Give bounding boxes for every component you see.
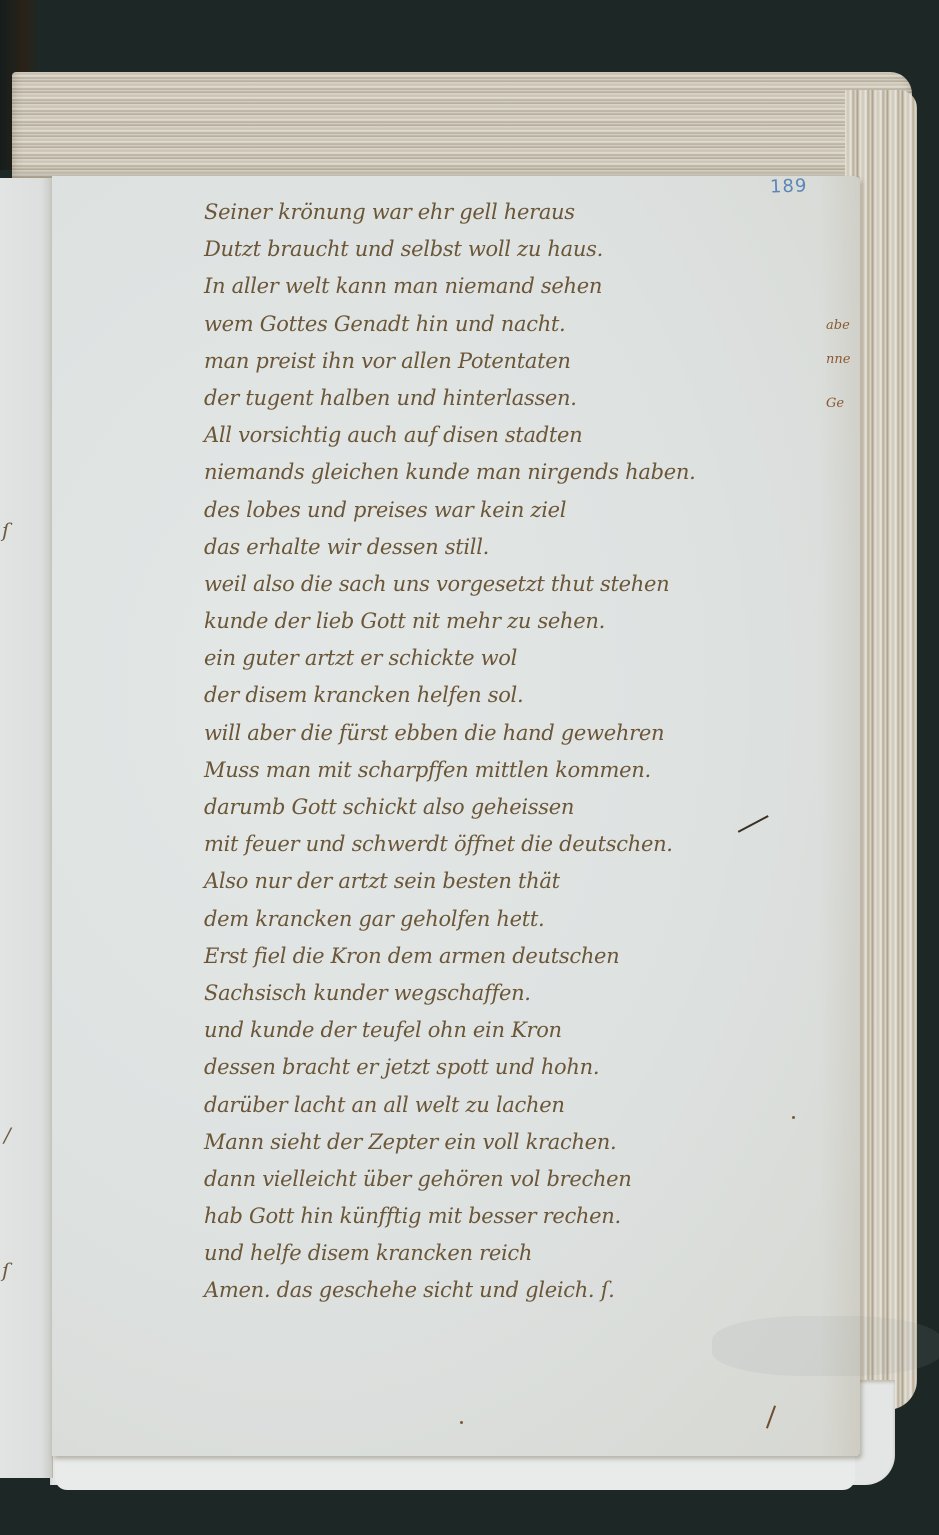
text-line: dann vielleicht über gehören vol brechen — [204, 1161, 804, 1198]
text-line: niemands gleichen kunde man nirgends hab… — [204, 454, 804, 491]
manuscript-page: 189 Seiner krönung war ehr gell heraus D… — [52, 176, 860, 1456]
text-line: dessen bracht er jetzt spott und hohn. — [204, 1049, 804, 1086]
text-line: All vorsichtig auch auf disen stadten — [204, 417, 804, 454]
text-line: des lobes und preises war kein ziel — [204, 492, 804, 529]
text-line: Muss man mit scharpffen mittlen kommen. — [204, 752, 804, 789]
text-line: will aber die fürst ebben die hand geweh… — [204, 715, 804, 752]
text-line: wem Gottes Genadt hin und nacht. — [204, 306, 804, 343]
text-line: und kunde der teufel ohn ein Kron — [204, 1012, 804, 1049]
facing-page-mark: ſ — [2, 1258, 9, 1282]
margin-note: nne — [826, 352, 850, 367]
text-line: dem krancken gar geholfen hett. — [204, 901, 804, 938]
text-line: darumb Gott schickt also geheissen — [204, 789, 804, 826]
text-line: und helfe disem krancken reich — [204, 1235, 804, 1272]
facing-page-mark: / — [4, 1123, 11, 1147]
facing-page-mark: ſ — [2, 518, 9, 542]
text-line: Amen. das geschehe sicht und gleich. ſ. — [204, 1272, 804, 1309]
facing-page-left: ſ / ſ — [0, 178, 53, 1478]
page-stack-top-edge — [12, 72, 912, 182]
text-line: Seiner krönung war ehr gell heraus — [204, 194, 804, 231]
text-line: hab Gott hin künfftig mit besser rechen. — [204, 1198, 804, 1235]
ink-speck — [792, 1116, 795, 1119]
text-line: Mann sieht der Zepter ein voll krachen. — [204, 1124, 804, 1161]
text-line: In aller welt kann man niemand sehen — [204, 268, 804, 305]
text-line: Also nur der artzt sein besten thät — [204, 863, 804, 900]
manuscript-scan: ſ / ſ 189 Seiner krönung war ehr gell he… — [0, 0, 939, 1535]
handwritten-text-block: Seiner krönung war ehr gell heraus Dutzt… — [204, 194, 804, 1310]
margin-note: Ge — [826, 396, 844, 411]
text-line: der tugent halben und hinterlassen. — [204, 380, 804, 417]
text-line: darüber lacht an all welt zu lachen — [204, 1087, 804, 1124]
text-line: der disem krancken helfen sol. — [204, 677, 804, 714]
ink-speck — [460, 1421, 463, 1424]
text-line: Erst fiel die Kron dem armen deutschen — [204, 938, 804, 975]
text-line: das erhalte wir dessen still. — [204, 529, 804, 566]
margin-note: abe — [826, 318, 850, 333]
text-line: mit feuer und schwerdt öffnet die deutsc… — [204, 826, 804, 863]
text-line: kunde der lieb Gott nit mehr zu sehen. — [204, 603, 804, 640]
text-line: ein guter artzt er schickte wol — [204, 640, 804, 677]
text-line: weil also die sach uns vorgesetzt thut s… — [204, 566, 804, 603]
text-line: man preist ihn vor allen Potentaten — [204, 343, 804, 380]
paper-stain — [712, 1316, 939, 1376]
text-line: Dutzt braucht und selbst woll zu haus. — [204, 231, 804, 268]
text-line: Sachsisch kunder wegschaffen. — [204, 975, 804, 1012]
